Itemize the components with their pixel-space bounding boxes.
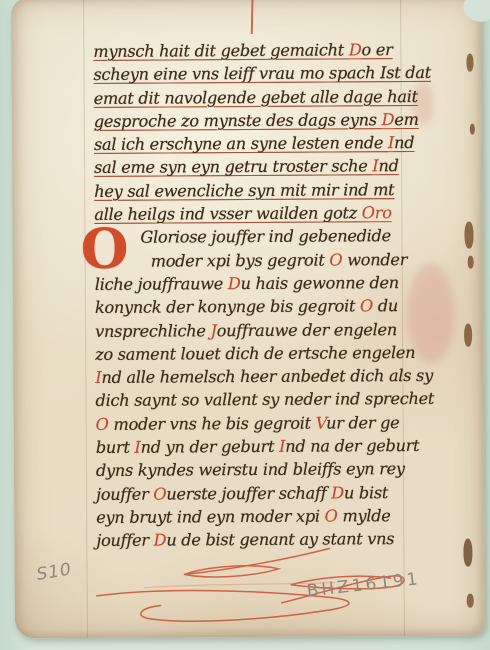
- ink-text: konynck der konynge bis gegroit: [95, 297, 360, 318]
- ink-text: nd alle hemelsch heer anbedet dich als s…: [101, 366, 433, 387]
- ink-text: jouffer: [96, 484, 153, 503]
- ink-text: alle heilgs ind vsser wailden gotz: [94, 203, 362, 224]
- ink-text: hey sal ewencliche syn mit mir ind mt: [94, 180, 394, 201]
- manuscript-text-line: vnsprechliche Jouffrauwe der engelen: [95, 317, 443, 342]
- ink-text: uerste jouffer schaff: [166, 483, 331, 503]
- ink-text: mylde: [338, 506, 391, 525]
- ink-text: nd: [378, 157, 398, 176]
- ink-text: nd yn der geburt: [141, 437, 280, 457]
- manuscript-text-line: konynck der konynge bis gegroit O du: [95, 294, 443, 319]
- manuscript-text-line: sal eme syn eyn getru troster sche Ind: [94, 154, 442, 179]
- manuscript-text-line: alle heilgs ind vsser wailden gotz Oro: [94, 201, 442, 226]
- manuscript-text-line: emat dit navolgende gebet alle dage hait: [94, 84, 442, 109]
- rubricated-text: D: [349, 40, 362, 59]
- manuscript-text-line: jouffer Ouerste jouffer schaff Du bist: [96, 480, 444, 505]
- ink-text: moder vns he bis gegroit: [109, 413, 316, 433]
- manuscript-page: O mynsch hait dit gebet gemaicht Do ersc…: [11, 0, 485, 638]
- manuscript-text-line: dyns kyndes weirstu ind bleiffs eyn rey: [96, 457, 444, 482]
- ink-text: nd: [394, 133, 414, 152]
- manuscript-text-line: Ind alle hemelsch heer anbedet dich als …: [95, 364, 443, 389]
- manuscript-text-line: moder xpi bys gegroit O wonder: [151, 247, 443, 272]
- edge-stain-spot: [467, 594, 474, 608]
- ink-text: vnsprechliche: [95, 321, 211, 341]
- ink-text: scheyn eine vns leiff vrau mo spach Ist …: [93, 63, 430, 84]
- rubricated-text: D: [228, 274, 241, 293]
- ink-text: wonder: [342, 250, 407, 269]
- manuscript-text-line: dich saynt so vallent sy neder ind sprec…: [95, 387, 443, 412]
- ink-text: u bist: [344, 483, 388, 502]
- pencil-shelfmark: S10: [35, 559, 73, 584]
- ink-text: ouffrauwe der engelen: [217, 320, 397, 340]
- torn-corner-notch: [460, 0, 490, 26]
- manuscript-text-line: gesproche zo mynste des dags eyns Dem: [94, 108, 442, 133]
- ink-text: zo sament louet dich de ertsche engelen: [95, 343, 415, 364]
- manuscript-text-line: sal ich erschyne an syne lesten ende Ind: [94, 131, 442, 156]
- ink-text: sal eme syn eyn getru troster sche: [94, 157, 372, 178]
- ink-text: o er: [361, 40, 392, 59]
- manuscript-text-line: mynsch hait dit gebet gemaicht Do er: [93, 38, 441, 63]
- edge-stain-spot: [470, 124, 475, 135]
- photo-background: { "photo": { "background_color": "#d7e3d…: [0, 0, 490, 650]
- ink-text: ur der ge: [326, 413, 400, 432]
- edge-stain-spot: [468, 256, 474, 269]
- ink-text: nd na der geburt: [285, 436, 419, 456]
- manuscript-text-line: scheyn eine vns leiff vrau mo spach Ist …: [93, 61, 441, 86]
- manuscript-text-line: hey sal ewencliche syn mit mir ind mt: [94, 178, 442, 203]
- rubricated-text: O: [96, 415, 109, 434]
- ink-text: sal ich erschyne an syne lesten ende: [94, 133, 388, 154]
- rubricated-text: D: [331, 483, 344, 502]
- ink-text: du: [373, 296, 398, 315]
- edge-stain-spot: [464, 324, 472, 347]
- ink-text: emat dit navolgende gebet alle dage hait: [94, 87, 418, 108]
- rubricated-text: Oro: [362, 203, 392, 222]
- manuscript-text-line: zo sament louet dich de ertsche engelen: [95, 341, 443, 366]
- manuscript-text-line: O moder vns he bis gegroit Vur der ge: [96, 411, 444, 436]
- ink-text: eyn bruyt ind eyn moder xpi: [96, 506, 324, 526]
- ink-text: mynsch hait dit gebet gemaicht: [93, 40, 349, 61]
- margin-ruling-line-left: [83, 0, 88, 638]
- edge-stain-spot: [464, 222, 473, 249]
- ink-text: moder xpi bys gegroit: [151, 250, 330, 270]
- ink-text: Gloriose jouffer ind gebenedide: [140, 227, 390, 248]
- rubricated-text: O: [325, 506, 338, 525]
- manuscript-text-line: Gloriose jouffer ind gebenedide: [140, 224, 442, 249]
- ink-text: dich saynt so vallent sy neder ind sprec…: [95, 389, 434, 410]
- rubricated-text: O: [329, 250, 342, 269]
- ink-text: burt: [96, 438, 135, 457]
- rubricated-text: D: [382, 110, 395, 129]
- ink-text: dyns kyndes weirstu ind bleiffs eyn rey: [96, 459, 405, 480]
- ink-text: gesproche zo mynste des dags eyns: [94, 110, 382, 131]
- manuscript-text-line: burt Ind yn der geburt Ind na der geburt: [96, 434, 444, 459]
- edge-stain-spot: [463, 539, 472, 567]
- rubricated-text: V: [316, 413, 326, 432]
- edge-stain-spot: [466, 54, 473, 72]
- rubricated-text: O: [153, 484, 166, 503]
- manuscript-text-line: eyn bruyt ind eyn moder xpi O mylde: [96, 504, 444, 529]
- ink-text: u hais gewonne den: [240, 273, 398, 293]
- ink-text: em: [394, 110, 418, 129]
- ink-text: liche jouffrauwe: [95, 274, 228, 294]
- rubricated-text: O: [360, 297, 373, 316]
- text-block: mynsch hait dit gebet gemaicht Do ersche…: [93, 38, 444, 553]
- manuscript-text-line: liche jouffrauwe Du hais gewonne den: [95, 271, 443, 296]
- red-ascender-stroke: [251, 0, 254, 34]
